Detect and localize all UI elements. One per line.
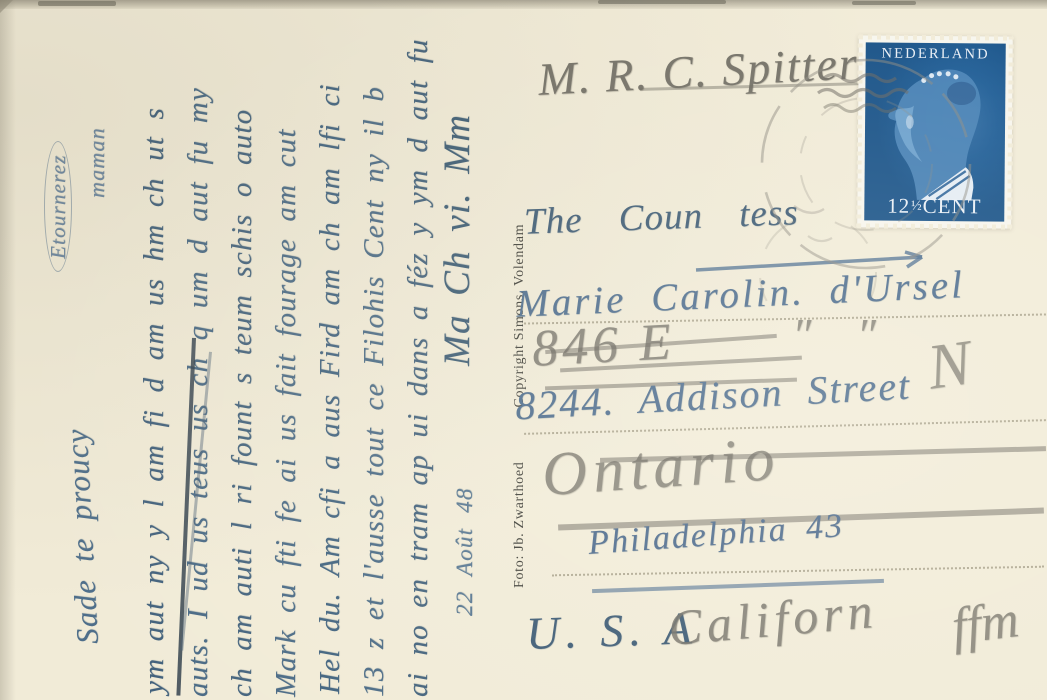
message-line: Hel du. Am cfi a aus Fird am ch am lfi c…	[314, 4, 347, 694]
message-date: 22 Août 48	[452, 370, 478, 616]
scan-edge-mark	[38, 1, 116, 6]
address-state-tail: ffm	[949, 590, 1022, 657]
scan-edge-mark	[852, 1, 916, 5]
address-state-pencil: Californ	[666, 581, 880, 657]
message-ps-word-circled: Etournerez	[46, 30, 71, 272]
message-line: ai no en tram ap ui dans a féz y ym d au…	[402, 5, 435, 697]
address-pencil-initial: N	[923, 325, 976, 404]
message-line: 13 z et l'ausse tout ce Filohis Cent ny …	[358, 5, 391, 697]
paper-edge-shadow	[0, 0, 16, 700]
credit-photo: Foto: Jb. Zwarthoed	[512, 462, 527, 588]
address-city-line: Philadelphia 43	[587, 507, 845, 563]
message-line: Mark cu fti fe ai us fait fourage am cut	[270, 5, 303, 697]
dotted-address-line	[552, 566, 1044, 577]
postmark	[698, 26, 1038, 316]
circled-word: Etournerez	[44, 141, 72, 272]
message-line: ym aut ny y l am fi d am us hm ch ut s	[138, 4, 171, 694]
scan-edge-mark	[598, 0, 726, 4]
postcard-back: Foto: Jb. ZwarthoedCopyright Simons. Vol…	[0, 0, 1047, 700]
message-line: Ma Ch vi. Mm	[436, 34, 479, 366]
message-signature: Sade te proucy	[54, 342, 106, 645]
message-line: ch am auti l ri fount s teum schis o aut…	[226, 5, 259, 697]
message-ps-word: maman	[84, 32, 110, 198]
address-city-crossed-pencil: Ontario	[540, 424, 783, 511]
credit-line: Foto: Jb. ZwarthoedCopyright Simons. Vol…	[512, 126, 528, 588]
